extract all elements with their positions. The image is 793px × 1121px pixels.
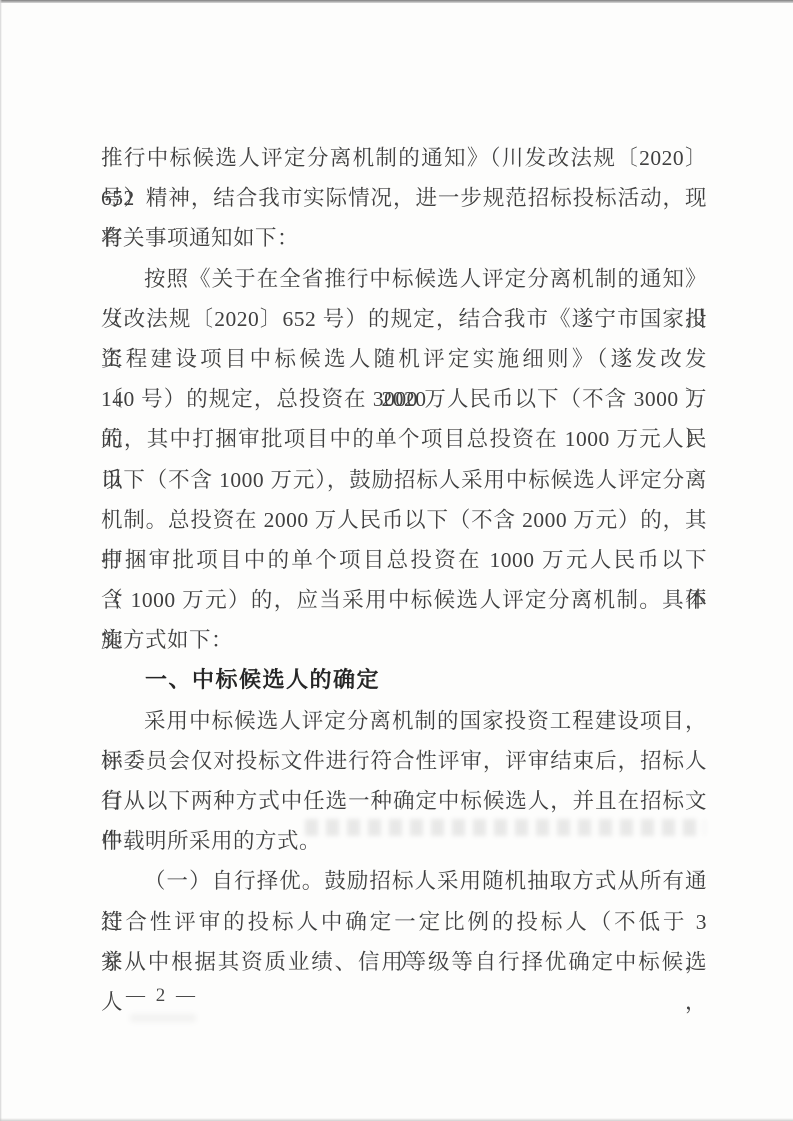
scan-edge-left (0, 0, 2, 1121)
text-line: 按照《关于在全省推行中标候选人评定分离机制的通知》（川 (101, 259, 707, 299)
text-line: 机制。总投资在 2000 万人民币以下（不含 2000 万元）的，其中 (101, 500, 707, 540)
text-line: 采用中标候选人评定分离机制的国家投资工程建设项目，评 (101, 701, 707, 741)
text-line: 行从以下两种方式中任选一种确定中标候选人，并且在招标文件 (101, 781, 707, 821)
scan-edge-top (0, 0, 793, 3)
text-line: 符合性评审的投标人中确定一定比例的投标人（不低于 3 家）， (101, 902, 707, 942)
text-line: 推行中标候选人评定分离机制的通知》（川发改法规〔2020〕652 (101, 138, 707, 178)
text-line: 打捆审批项目中的单个项目总投资在 1000 万元人民币以下（不 (101, 540, 707, 580)
bleedthrough-smudge-small (130, 1014, 196, 1022)
text-line: 施方式如下： (101, 620, 707, 660)
text-line: 发改法规〔2020〕652 号）的规定，结合我市《遂宁市国家投资 (101, 299, 707, 339)
text-line: 的，其中打捆审批项目中的单个项目总投资在 1000 万元人民币 (101, 419, 707, 459)
text-line: 并从中根据其资质业绩、信用等级等自行择优确定中标候选人， (101, 942, 707, 982)
page-number: — 2 — (126, 985, 198, 1007)
text-line: 140 号）的规定，总投资在 3000 万人民币以下（不含 3000 万元） (101, 379, 707, 419)
text-line: 工程建设项目中标候选人随机评定实施细则》（遂发改发〔2020〕 (101, 339, 707, 379)
section-heading: 一、中标候选人的确定 (101, 660, 707, 700)
text-line: 号）精神，结合我市实际情况，进一步规范招标投标活动，现将 (101, 178, 707, 218)
scanned-document-page: 推行中标候选人评定分离机制的通知》（川发改法规〔2020〕652号）精神，结合我… (0, 0, 793, 1121)
text-line: 含 1000 万元）的，应当采用中标候选人评定分离机制。具体实 (101, 580, 707, 620)
text-line: 有关事项通知如下： (101, 218, 707, 258)
text-line: 以下（不含 1000 万元），鼓励招标人采用中标候选人评定分离 (101, 460, 707, 500)
bleedthrough-smudge (305, 819, 705, 836)
text-line: 标委员会仅对投标文件进行符合性评审，评审结束后，招标人自 (101, 741, 707, 781)
document-body: 推行中标候选人评定分离机制的通知》（川发改法规〔2020〕652号）精神，结合我… (101, 138, 707, 982)
text-line: （一）自行择优。鼓励招标人采用随机抽取方式从所有通过 (101, 861, 707, 901)
